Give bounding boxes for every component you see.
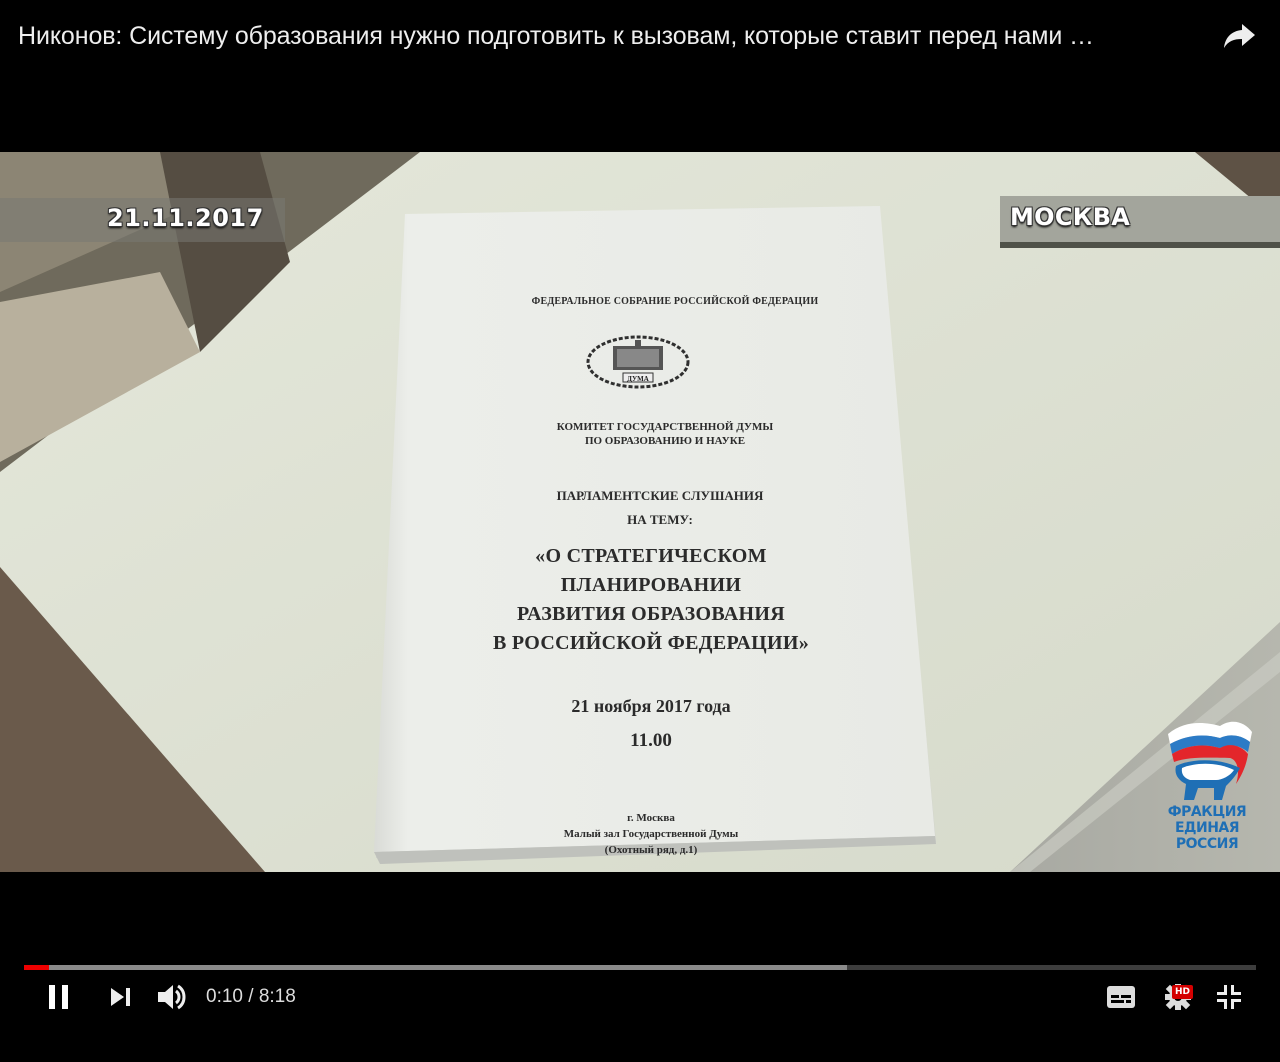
video-frame[interactable]: 21.11.2017 МОСКВА ФЕДЕРАЛЬНОЕ СОБРАНИЕ Р… xyxy=(0,152,1280,872)
hearing-heading: ПАРЛАМЕНТСКИЕ СЛУШАНИЯ НА ТЕМУ: xyxy=(380,484,940,532)
topic-line: «О СТРАТЕГИЧЕСКОМ xyxy=(371,542,931,571)
document: ФЕДЕРАЛЬНОЕ СОБРАНИЕ РОССИЙСКОЙ ФЕДЕРАЦИ… xyxy=(375,216,935,866)
video-title[interactable]: Никонов: Систему образования нужно подго… xyxy=(18,20,1213,52)
share-arrow-icon[interactable] xyxy=(1222,20,1258,52)
duma-emblem-icon: ДУМА xyxy=(583,334,693,389)
logo-line: ЕДИНАЯ xyxy=(1162,820,1252,836)
venue-line: (Охотный ряд, д.1) xyxy=(371,842,931,858)
hearing-line-2: НА ТЕМУ: xyxy=(380,508,940,532)
city-caption: МОСКВА xyxy=(1000,196,1280,248)
volume-icon xyxy=(156,982,188,1012)
subtitles-icon xyxy=(1106,985,1136,1009)
event-venue: г. Москва Малый зал Государственной Думы… xyxy=(371,810,931,858)
hearing-line-1: ПАРЛАМЕНТСКИЕ СЛУШАНИЯ xyxy=(380,484,940,508)
date-caption-text: 21.11.2017 xyxy=(107,204,264,232)
date-caption: 21.11.2017 xyxy=(0,198,285,242)
exit-fullscreen-icon xyxy=(1216,984,1242,1010)
logo-line: РОССИЯ xyxy=(1162,836,1252,852)
topic-line: В РОССИЙСКОЙ ФЕДЕРАЦИИ» xyxy=(371,629,931,658)
venue-line: г. Москва xyxy=(371,810,931,826)
topic-line: РАЗВИТИЯ ОБРАЗОВАНИЯ xyxy=(371,600,931,629)
hd-badge: HD xyxy=(1172,985,1193,999)
city-caption-text: МОСКВА xyxy=(1010,203,1130,231)
time-display: 0:10 / 8:18 xyxy=(206,984,296,1010)
committee-line-2: ПО ОБРАЗОВАНИЮ И НАУКЕ xyxy=(385,434,945,448)
topic-line: ПЛАНИРОВАНИИ xyxy=(371,571,931,600)
hearing-topic: «О СТРАТЕГИЧЕСКОМ ПЛАНИРОВАНИИ РАЗВИТИЯ … xyxy=(371,542,931,658)
venue-line: Малый зал Государственной Думы xyxy=(371,826,931,842)
subtitles-button[interactable] xyxy=(1102,978,1140,1016)
flag-bear-logo-icon xyxy=(1160,712,1255,804)
party-logo-text: ФРАКЦИЯ ЕДИНАЯ РОССИЯ xyxy=(1162,804,1252,852)
committee-name: КОМИТЕТ ГОСУДАРСТВЕННОЙ ДУМЫ ПО ОБРАЗОВА… xyxy=(385,420,945,448)
progress-bar[interactable] xyxy=(24,965,1256,970)
pause-button[interactable] xyxy=(40,978,78,1016)
party-logo: ФРАКЦИЯ ЕДИНАЯ РОССИЯ xyxy=(1160,712,1255,862)
event-time: 11.00 xyxy=(371,730,931,752)
svg-text:ДУМА: ДУМА xyxy=(627,375,649,383)
exit-fullscreen-button[interactable] xyxy=(1210,978,1248,1016)
document-header: ФЕДЕРАЛЬНОЕ СОБРАНИЕ РОССИЙСКОЙ ФЕДЕРАЦИ… xyxy=(395,296,955,307)
next-icon xyxy=(110,987,132,1007)
pause-icon xyxy=(47,984,71,1010)
volume-button[interactable] xyxy=(152,978,192,1016)
next-button[interactable] xyxy=(102,978,140,1016)
logo-line: ФРАКЦИЯ xyxy=(1162,804,1252,820)
title-bar: Никонов: Систему образования нужно подго… xyxy=(0,0,1280,80)
progress-buffered xyxy=(24,965,847,970)
committee-line-1: КОМИТЕТ ГОСУДАРСТВЕННОЙ ДУМЫ xyxy=(385,420,945,434)
progress-played xyxy=(24,965,49,970)
event-date: 21 ноября 2017 года xyxy=(371,696,931,717)
